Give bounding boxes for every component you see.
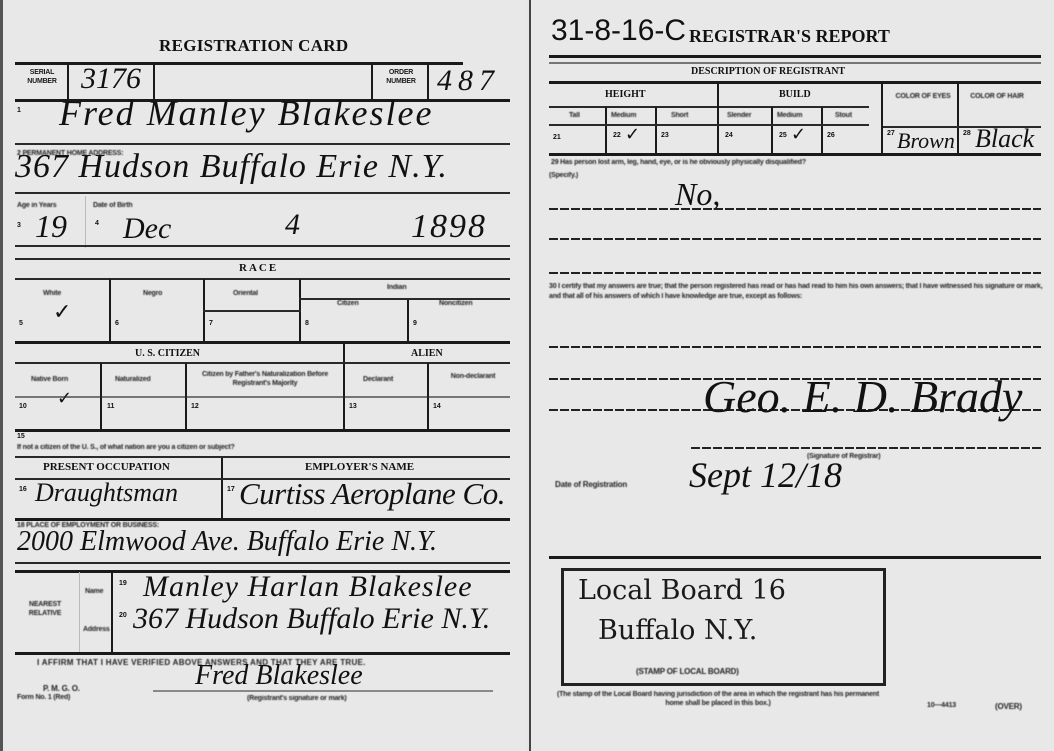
divider xyxy=(15,245,510,247)
dob-day: 4 xyxy=(285,208,300,242)
field-number: 25 xyxy=(779,132,787,139)
field-number: 10 xyxy=(19,403,27,410)
divider xyxy=(717,82,719,154)
field-number: 5 xyxy=(19,320,23,327)
non-declarant-label: Non-declarant xyxy=(443,372,503,381)
alien-title: ALIEN xyxy=(411,348,443,359)
divider xyxy=(549,153,1041,156)
race-indian-citizen-label: Citizen xyxy=(337,300,359,307)
stamp-line-2: Buffalo N.Y. xyxy=(598,615,757,646)
naturalized-label: Naturalized xyxy=(115,376,151,383)
registration-card-front: REGISTRATION CARD SERIAL NUMBER 3176 ORD… xyxy=(0,0,527,751)
field-number: 9 xyxy=(413,320,417,327)
native-born-checkmark: ✓ xyxy=(57,388,72,409)
stamp-line-1: Local Board 16 xyxy=(578,575,786,606)
signature-label: (Registrant's signature or mark) xyxy=(247,695,347,702)
divider xyxy=(15,362,510,364)
employer-label: EMPLOYER'S NAME xyxy=(305,461,414,473)
footer-form-number: 10—4413 xyxy=(927,702,956,709)
relative-address: 367 Hudson Buffalo Erie N.Y. xyxy=(133,602,490,636)
divider xyxy=(15,192,510,194)
registrar-signature: Geo. E. D. Brady xyxy=(703,370,1022,423)
description-title: DESCRIPTION OF REGISTRANT xyxy=(691,66,845,77)
divider xyxy=(605,107,607,154)
divider xyxy=(15,341,510,344)
divider xyxy=(549,55,1041,58)
relative-name: Manley Harlan Blakeslee xyxy=(143,570,473,604)
dob-year: 1898 xyxy=(411,208,487,246)
field-number: 23 xyxy=(661,132,669,139)
registrant-name: Fred Manley Blakeslee xyxy=(59,92,434,134)
stamp-caption: (STAMP OF LOCAL BOARD) xyxy=(636,667,739,676)
race-title: RACE xyxy=(239,262,278,274)
field-number: 19 xyxy=(119,580,127,587)
field-number: 14 xyxy=(433,403,441,410)
field-number: 12 xyxy=(191,403,199,410)
dob-month: Dec xyxy=(123,212,171,246)
divider xyxy=(153,690,493,692)
divider xyxy=(549,208,1041,210)
nearest-relative-label: NEAREST RELATIVE xyxy=(21,600,69,618)
occupation-label: PRESENT OCCUPATION xyxy=(43,461,170,473)
field-number: 17 xyxy=(227,486,235,493)
file-number: 31-8-16-C xyxy=(551,14,686,48)
divider xyxy=(771,107,773,154)
divider xyxy=(15,278,510,280)
field-number: 27 xyxy=(887,130,895,137)
eye-color-value: Brown xyxy=(897,128,955,154)
divider xyxy=(15,456,510,458)
field-number: 20 xyxy=(119,612,127,619)
declarant-label: Declarant xyxy=(363,376,393,383)
divider xyxy=(15,652,510,655)
order-number-label: ORDER NUMBER xyxy=(375,68,427,86)
height-title: HEIGHT xyxy=(605,89,646,100)
divider xyxy=(881,82,883,154)
divider xyxy=(203,310,301,312)
build-medium-checkmark: ✓ xyxy=(791,124,806,145)
divider xyxy=(15,258,510,260)
build-title: BUILD xyxy=(779,89,811,100)
race-indian-noncitizen-label: Noncitizen xyxy=(439,300,472,307)
race-indian-label: Indian xyxy=(387,284,406,291)
field-number: 16 xyxy=(19,486,27,493)
height-short-label: Short xyxy=(671,112,688,119)
divider xyxy=(299,298,510,300)
divider xyxy=(15,143,510,145)
registrars-report-back: 31-8-16-C REGISTRAR'S REPORT DESCRIPTION… xyxy=(529,0,1054,751)
divider xyxy=(549,62,1041,64)
serial-number-label: SERIAL NUMBER xyxy=(17,68,67,86)
divider xyxy=(111,572,113,654)
dob-label: Date of Birth xyxy=(93,202,132,209)
physical-disqualification-question: 29 Has person lost arm, leg, hand, eye, … xyxy=(551,159,1041,166)
field-number: 21 xyxy=(553,134,561,141)
divider xyxy=(15,396,510,398)
divider xyxy=(549,346,1041,348)
field-number: 6 xyxy=(115,320,119,327)
registrar-certification-text: 30 I certify that my answers are true; t… xyxy=(549,282,1043,302)
divider xyxy=(85,196,86,248)
race-oriental-label: Oriental xyxy=(233,290,258,297)
nationality-question: If not a citizen of the U. S., of what n… xyxy=(17,444,235,451)
build-slender-label: Slender xyxy=(727,112,751,119)
field-number: 26 xyxy=(827,132,835,139)
serial-number-value: 3176 xyxy=(81,62,141,96)
eye-color-label: COLOR OF EYES xyxy=(891,92,955,101)
native-born-label: Native Born xyxy=(31,376,68,383)
field-number: 28 xyxy=(963,130,971,137)
hair-color-label: COLOR OF HAIR xyxy=(965,92,1029,101)
race-negro-label: Negro xyxy=(143,290,162,297)
specify-label: (Specify.) xyxy=(549,172,578,179)
field-number: 8 xyxy=(305,320,309,327)
height-medium-label: Medium xyxy=(611,112,636,119)
divider xyxy=(109,279,111,341)
field-number: 3 xyxy=(17,222,21,229)
build-stout-label: Stout xyxy=(835,112,852,119)
form-id-1: P. M. G. O. xyxy=(43,684,80,693)
citizen-by-father-label: Citizen by Father's Naturalization Befor… xyxy=(195,370,335,388)
field-number: 4 xyxy=(95,220,99,227)
divider xyxy=(655,107,657,154)
footer-over: (OVER) xyxy=(995,702,1022,711)
us-citizen-title: U. S. CITIZEN xyxy=(135,348,200,359)
field-number: 1 xyxy=(17,107,21,114)
report-title: REGISTRAR'S REPORT xyxy=(689,26,890,47)
employment-place: 2000 Elmwood Ave. Buffalo Erie N.Y. xyxy=(17,526,437,558)
home-address: 367 Hudson Buffalo Erie N.Y. xyxy=(15,148,448,186)
field-number: 13 xyxy=(349,403,357,410)
age-value: 19 xyxy=(35,208,67,245)
date-of-registration-label: Date of Registration xyxy=(555,480,627,489)
hair-color-value: Black xyxy=(975,124,1034,154)
occupation-value: Draughtsman xyxy=(35,478,178,508)
race-white-checkmark: ✓ xyxy=(53,300,71,325)
divider xyxy=(343,343,345,431)
divider xyxy=(15,429,510,432)
divider xyxy=(407,300,409,341)
race-white-label: White xyxy=(43,290,61,297)
build-medium-label: Medium xyxy=(777,112,802,119)
field-number: 24 xyxy=(725,132,733,139)
field-number: 11 xyxy=(107,403,114,410)
order-number-value: 487 xyxy=(437,64,500,98)
divider xyxy=(549,81,1041,84)
field-number: 7 xyxy=(209,320,213,327)
field-number: 15 xyxy=(17,433,25,440)
relative-name-label: Name xyxy=(85,588,103,595)
relative-address-label: Address xyxy=(83,626,110,633)
height-tall-label: Tall xyxy=(569,112,580,119)
divider xyxy=(549,272,1041,274)
height-medium-checkmark: ✓ xyxy=(625,124,640,145)
divider xyxy=(549,556,1041,559)
divider xyxy=(549,124,869,126)
form-id-2: Form No. 1 (Red) xyxy=(17,694,70,701)
divider xyxy=(549,238,1041,240)
divider xyxy=(221,458,223,520)
employer-value: Curtiss Aeroplane Co. xyxy=(239,476,505,512)
divider xyxy=(15,562,510,564)
stamp-note: (The stamp of the Local Board having jur… xyxy=(553,690,883,708)
divider xyxy=(79,572,80,654)
date-of-registration: Sept 12/18 xyxy=(689,454,842,496)
divider xyxy=(821,107,823,154)
divider xyxy=(691,447,1041,449)
local-board-stamp: Local Board 16 Buffalo N.Y. (STAMP OF LO… xyxy=(561,568,886,686)
field-number: 22 xyxy=(613,132,621,139)
registrant-signature: Fred Blakeslee xyxy=(195,660,363,692)
card-title: REGISTRATION CARD xyxy=(159,36,348,56)
divider xyxy=(957,82,959,154)
divider xyxy=(15,518,510,521)
